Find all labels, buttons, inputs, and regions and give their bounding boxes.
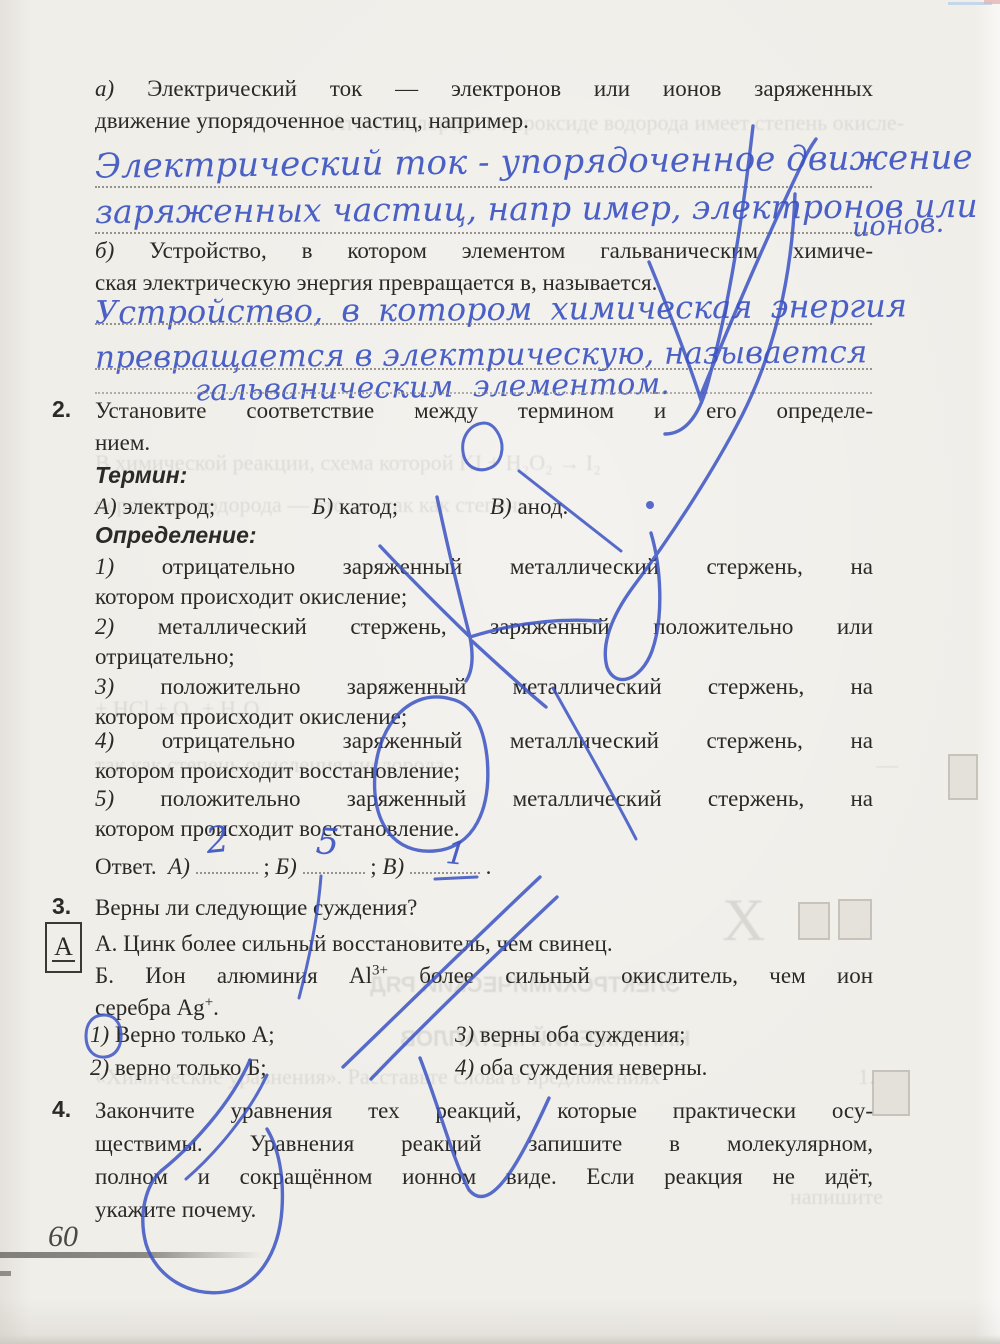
ex1b-line1: б) Устройство, в котором элементом гальв… xyxy=(95,236,873,266)
bleedthrough-dash: — xyxy=(876,752,898,778)
ex4-number: 4. xyxy=(52,1096,71,1123)
option-1-text: Верно только А; xyxy=(115,1022,275,1047)
def2-num: 2) xyxy=(95,614,114,639)
period: . xyxy=(213,995,219,1020)
term-a: А) электрод; xyxy=(95,492,215,522)
def4-line1: 4) отрицательно заряженный металлический… xyxy=(95,726,873,756)
scan-left-dash xyxy=(0,1271,11,1276)
ex2-prompt-line1: Установите соответствие между термином и… xyxy=(95,396,873,426)
ex3-prompt: Верны ли следующие суждения? xyxy=(95,893,417,923)
answer-b-label: Б) xyxy=(276,854,297,879)
term-v-key: В) xyxy=(490,494,512,519)
ex3-option-2: 2) верно только Б; xyxy=(90,1053,267,1083)
ex1a-label: а) xyxy=(95,76,114,101)
answer-rule xyxy=(95,392,872,394)
ex2-number: 2. xyxy=(52,396,71,423)
handwriting-a-line1: Электрический ток - упорядоченное движен… xyxy=(95,137,973,186)
period: . xyxy=(486,854,492,879)
bleedthrough-square xyxy=(838,899,872,940)
term-a-value: электрод; xyxy=(122,494,215,519)
bleedthrough-square xyxy=(872,1070,910,1116)
ex3-number: 3. xyxy=(52,893,71,920)
pen-stroke xyxy=(605,194,795,680)
ex3-b-text2: более сильный окислитель, чем ион xyxy=(388,963,873,988)
ex3-option-4: 4) оба суждения неверны. xyxy=(455,1053,707,1083)
option-3-num: 3) xyxy=(455,1022,474,1047)
ex3-b-superscript2: + xyxy=(205,994,213,1010)
def1-line1: 1) отрицательно заряженный металлический… xyxy=(95,552,873,582)
term-v-value: анод. xyxy=(517,494,568,519)
term-b-value: катод; xyxy=(339,494,398,519)
def3-text: положительно заряженный металлический ст… xyxy=(160,674,873,699)
handwriting-answer-b: 5 xyxy=(315,821,341,863)
bleedthrough-square xyxy=(798,902,830,940)
scan-streak-pink xyxy=(984,0,1000,4)
def4-num: 4) xyxy=(95,728,114,753)
ex3-b-text3: серебра Ag xyxy=(95,995,205,1020)
ex3-option-3: 3) верны оба суждения; xyxy=(455,1020,686,1050)
ex3-b-text1: Б. Ион алюминия Al xyxy=(95,963,372,988)
workbook-page: Атом кислорода в пероксиде водорода имее… xyxy=(0,0,1000,1344)
ex4-line4: укажите почему. xyxy=(95,1195,256,1225)
margin-letter-box: А xyxy=(45,922,82,973)
handwriting-answer-a: 2 xyxy=(204,819,231,862)
bleedthrough-square xyxy=(948,754,978,800)
option-2-num: 2) xyxy=(90,1055,109,1080)
option-2-text: верно только Б; xyxy=(115,1055,267,1080)
def1-text: отрицательно заряженный металлический ст… xyxy=(162,554,873,579)
option-3-text: верны оба суждения; xyxy=(480,1022,686,1047)
def2-line1: 2) металлический стержень, заряженный по… xyxy=(95,612,873,642)
margin-letter: А xyxy=(52,933,75,962)
ex4-line2: ществимы. Уравнения реакций запишите в м… xyxy=(95,1129,873,1159)
def5-line2: котором происходит восстановление. xyxy=(95,814,459,844)
def5-line1: 5) положительно заряженный металлический… xyxy=(95,784,873,814)
ex3-statement-a: А. Цинк более сильный восстановитель, че… xyxy=(95,929,613,959)
term-b: Б) катод; xyxy=(312,492,398,522)
ex1a-text: Электрический ток — электронов или ионов… xyxy=(147,76,873,101)
ex4-line3: полном и сокращённом ионном виде. Если р… xyxy=(95,1162,873,1192)
def3-line1: 3) положительно заряженный металлический… xyxy=(95,672,873,702)
def5-num: 5) xyxy=(95,786,114,811)
handwriting-answer-v: 1 xyxy=(444,833,468,873)
definition-label: Определение: xyxy=(95,522,257,549)
answer-v-label: В) xyxy=(382,854,404,879)
ex1a-line1: а) Электрический ток — электронов или ио… xyxy=(95,74,873,104)
ex3-option-1: 1) Верно только А; xyxy=(90,1020,275,1050)
separator: ; xyxy=(370,854,376,879)
ex1a-line2: движение упорядоченное частиц, например. xyxy=(95,106,529,136)
def1-line2: котором происходит окисление; xyxy=(95,582,407,612)
option-1-num: 1) xyxy=(90,1022,109,1047)
option-4-text: оба суждения неверны. xyxy=(480,1055,707,1080)
def3-num: 3) xyxy=(95,674,114,699)
term-a-key: А) xyxy=(95,494,117,519)
pen-dot xyxy=(646,501,654,509)
answer-label: Ответ. xyxy=(95,854,157,879)
handwriting-a-line2: заряженных частиц, напр имер, электронов… xyxy=(95,186,978,231)
term-v: В) анод. xyxy=(490,492,568,522)
page-number: 60 xyxy=(48,1220,78,1254)
bleedthrough-x-mark: X xyxy=(722,886,765,955)
page-edge-bottom xyxy=(0,1335,1000,1344)
ex3-statement-b-line2: серебра Ag+. xyxy=(95,993,219,1023)
def2-text: металлический стержень, заряженный полож… xyxy=(158,614,873,639)
pen-stroke xyxy=(553,688,636,839)
page-footer-bar xyxy=(0,1252,262,1258)
ex1b-text: Устройство, в котором элементом гальвани… xyxy=(149,238,873,263)
answer-rule xyxy=(95,232,872,234)
separator: ; xyxy=(263,854,269,879)
pen-stroke xyxy=(437,497,472,681)
ex3-b-superscript: 3+ xyxy=(372,962,388,978)
def1-num: 1) xyxy=(95,554,114,579)
def2-line2: отрицательно; xyxy=(95,642,235,672)
term-label: Термин: xyxy=(95,462,187,489)
ex4-line1: Закончите уравнения тех реакций, которые… xyxy=(95,1096,873,1126)
answer-a-label: А) xyxy=(168,854,190,879)
answer-rule xyxy=(95,323,872,325)
def4-line2: котором происходит восстановление; xyxy=(95,756,460,786)
page-edge-right xyxy=(974,0,1000,1344)
def4-text: отрицательно заряженный металлический ст… xyxy=(162,728,873,753)
term-b-key: Б) xyxy=(312,494,333,519)
def5-text: положительно заряженный металлический ст… xyxy=(160,786,873,811)
ex2-prompt-line2: нием. xyxy=(95,428,150,458)
ex1b-label: б) xyxy=(95,238,114,263)
ex2-answer-line: Ответ. А) ; Б) ; В) . xyxy=(95,852,491,882)
option-4-num: 4) xyxy=(455,1055,474,1080)
ex3-statement-b-line1: Б. Ион алюминия Al3+ более сильный окисл… xyxy=(95,961,873,991)
